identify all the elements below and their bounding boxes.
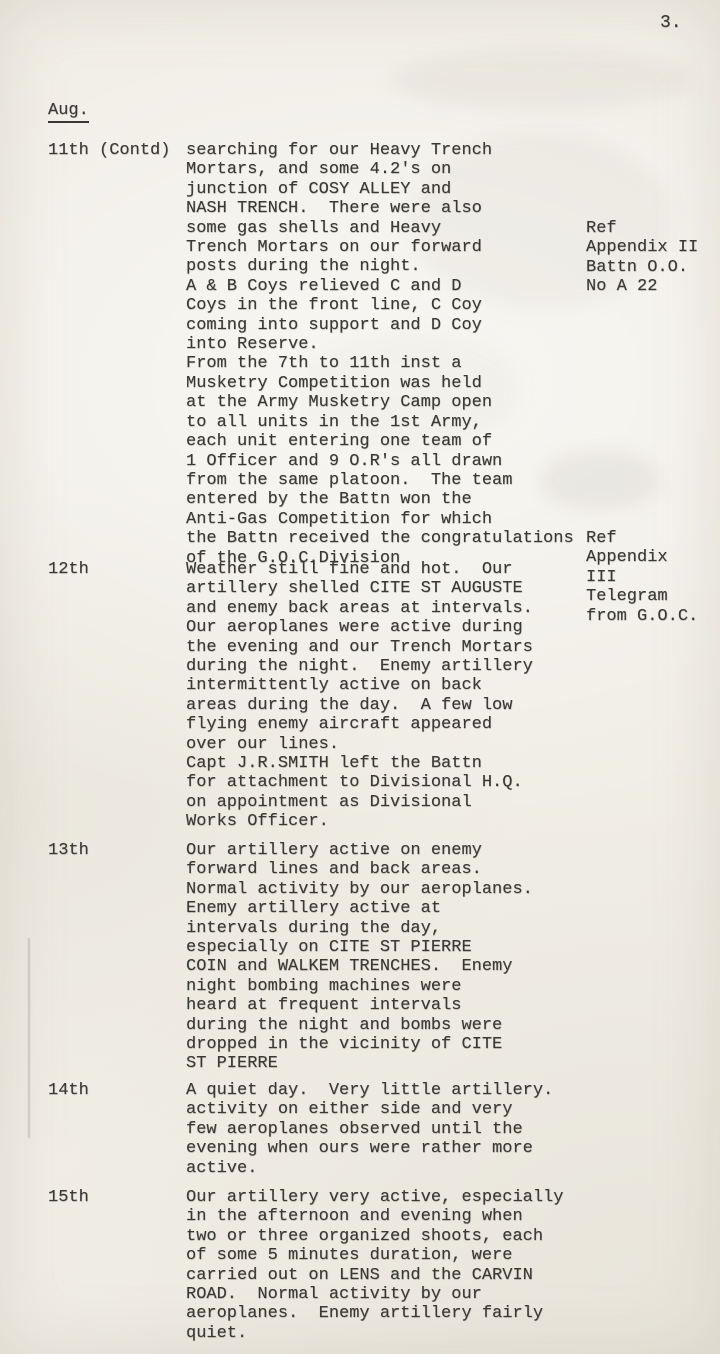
month-heading: Aug.	[48, 101, 89, 123]
entry-body: Weather still fine and hot. Our artiller…	[186, 560, 626, 832]
margin-note-ref-appendix-3: Ref Appendix III Telegram from G.O.C.	[586, 529, 716, 626]
paper-crease	[28, 938, 30, 1138]
margin-note-ref-appendix-2: Ref Appendix II Battn O.O. No A 22	[586, 219, 716, 297]
entry-body: A quiet day. Very little artillery. acti…	[186, 1081, 626, 1178]
entry-body: Our artillery active on enemy forward li…	[186, 841, 626, 1074]
paper-stain	[390, 50, 690, 110]
entry-date: 14th	[48, 1081, 89, 1100]
entry-body: searching for our Heavy Trench Mortars, …	[186, 141, 626, 568]
war-diary-page: 3. Aug. 11th (Contd) searching for our H…	[0, 0, 720, 1354]
entry-date: 11th (Contd)	[48, 141, 170, 160]
entry-body: Our artillery very active, especially in…	[186, 1188, 626, 1343]
entry-date: 12th	[48, 560, 89, 579]
page-number: 3.	[660, 14, 682, 33]
entry-date: 13th	[48, 841, 89, 860]
entry-date: 15th	[48, 1188, 89, 1207]
